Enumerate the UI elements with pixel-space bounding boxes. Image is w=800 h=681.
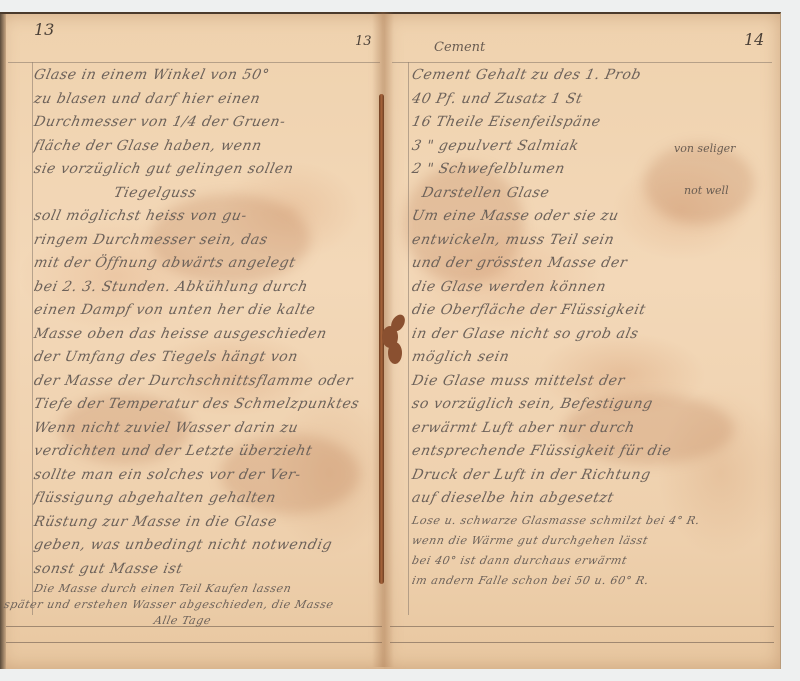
page-number: 13 <box>34 20 54 39</box>
header-mark: 13 <box>355 34 372 49</box>
text-line: im andern Falle schon bei 50 u. 60° R. <box>410 571 772 591</box>
section-heading: Tiegelguss <box>32 182 377 206</box>
text-line: Masse oben das heisse ausgeschieden <box>32 323 377 347</box>
footnote-line: später und erstehen Wasser abgeschieden,… <box>2 597 375 613</box>
footer-rule <box>390 626 774 627</box>
text-line: 40 Pf. und Zusatz 1 St <box>410 88 773 112</box>
text-line: sollte man ein solches vor der Ver- <box>32 464 377 488</box>
header-rule <box>8 62 380 63</box>
header-word: Cement <box>434 40 485 55</box>
text-line: Cement Gehalt zu des 1. Prob <box>410 64 773 88</box>
text-line: fläche der Glase haben, wenn <box>32 135 377 159</box>
text-line: Druck der Luft in der Richtung <box>410 464 773 488</box>
text-line: soll möglichst heiss von gu- <box>32 205 377 229</box>
text-line: wenn die Wärme gut durchgehen lässt <box>410 531 772 551</box>
text-line: einen Dampf von unten her die kalte <box>32 299 377 323</box>
text-line: auf dieselbe hin abgesetzt <box>410 487 773 511</box>
notebook-spread: 13 13 Glase in einem Winkel von 50° zu b… <box>0 12 790 667</box>
text-line: 16 Theile Eisenfeilspäne <box>410 111 773 135</box>
footer-rule <box>6 626 382 627</box>
text-line: erwärmt Luft aber nur durch <box>410 417 773 441</box>
left-page-text: Glase in einem Winkel von 50° zu blasen … <box>34 64 374 629</box>
text-line: Rüstung zur Masse in die Glase <box>32 511 377 535</box>
text-line: Durchmesser von 1/4 der Gruen- <box>32 111 377 135</box>
text-line: geben, was unbedingt nicht notwendig <box>32 534 377 558</box>
text-line: die Oberfläche der Flüssigkeit <box>410 299 773 323</box>
text-line: bei 40° ist dann durchaus erwärmt <box>410 551 772 571</box>
text-line: 2 " Schwefelblumen <box>410 158 773 182</box>
text-line: der Masse der Durchschnittsflamme oder <box>32 370 377 394</box>
margin-note: not well <box>684 184 729 197</box>
right-page: Cement 14 Cement Gehalt zu des 1. Prob 4… <box>384 12 781 669</box>
text-line: und der grössten Masse der <box>410 252 773 276</box>
text-line: Die Glase muss mittelst der <box>410 370 773 394</box>
text-line: mit der Öffnung abwärts angelegt <box>32 252 377 276</box>
text-line: der Umfang des Tiegels hängt von <box>32 346 377 370</box>
text-line: sie vorzüglich gut gelingen sollen <box>32 158 377 182</box>
text-line: verdichten und der Letzte überzieht <box>32 440 377 464</box>
text-line: möglich sein <box>410 346 773 370</box>
text-line: Wenn nicht zuviel Wasser darin zu <box>32 417 377 441</box>
text-line: Tiefe der Temperatur des Schmelzpunktes <box>32 393 377 417</box>
footer-rule <box>6 642 382 643</box>
text-line: Lose u. schwarze Glasmasse schmilzt bei … <box>410 511 772 531</box>
text-line: sonst gut Masse ist <box>32 558 377 582</box>
text-line: ringem Durchmesser sein, das <box>32 229 377 253</box>
text-line: flüssigung abgehalten gehalten <box>32 487 377 511</box>
text-line: in der Glase nicht so grob als <box>410 323 773 347</box>
text-line: so vorzüglich sein, Befestigung <box>410 393 773 417</box>
text-line: zu blasen und darf hier einen <box>32 88 377 112</box>
text-line: entsprechende Flüssigkeit für die <box>410 440 773 464</box>
footnote-line: Die Masse durch einen Teil Kaufen lassen <box>32 581 375 597</box>
text-line: bei 2. 3. Stunden. Abkühlung durch <box>32 276 377 300</box>
text-line: entwickeln, muss Teil sein <box>410 229 773 253</box>
margin-note: von seliger <box>674 142 735 155</box>
page-number: 14 <box>744 30 764 49</box>
left-page: 13 13 Glase in einem Winkel von 50° zu b… <box>0 12 388 669</box>
text-line: die Glase werden können <box>410 276 773 300</box>
text-line: Um eine Masse oder sie zu <box>410 205 773 229</box>
footer-rule <box>390 642 774 643</box>
binding-knot <box>382 312 410 372</box>
header-rule <box>392 62 772 63</box>
text-line: Glase in einem Winkel von 50° <box>32 64 377 88</box>
